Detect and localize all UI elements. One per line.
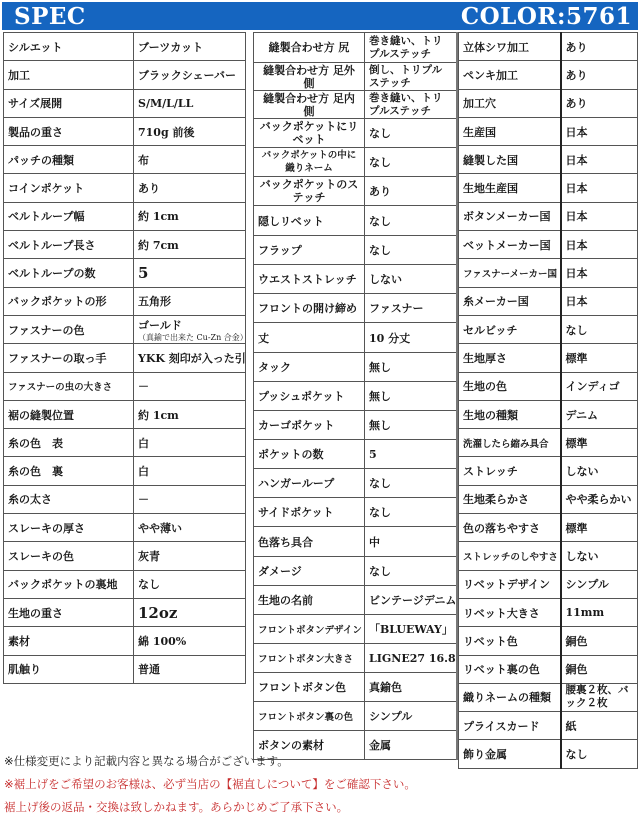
spec-value-text: あり bbox=[138, 182, 160, 195]
spec-value: 日本 bbox=[561, 174, 638, 202]
spec-value-text: なし bbox=[369, 215, 391, 228]
spec-value: あり bbox=[561, 89, 638, 117]
spec-label: ファスナーメーカー国 bbox=[459, 259, 561, 287]
spec-value: なし bbox=[365, 206, 458, 236]
spec-label: 生地厚さ bbox=[459, 344, 561, 372]
table-row: サイズ展開S/M/L/LL bbox=[4, 89, 246, 117]
spec-value: しない bbox=[561, 542, 638, 570]
spec-value: ブーツカット bbox=[134, 33, 246, 61]
table-row: フロントボタンデザイン「BLUEWAY」 刻印 bbox=[254, 615, 458, 644]
spec-label: ダメージ bbox=[254, 557, 365, 586]
spec-value-text: ブーツカット bbox=[138, 41, 203, 54]
spec-label: 生地生産国 bbox=[459, 174, 561, 202]
spec-label: 糸メーカー国 bbox=[459, 287, 561, 315]
spec-value-text: あり bbox=[566, 41, 588, 54]
spec-label: 生地の名前 bbox=[254, 586, 365, 615]
spec-value-text: 約 7cm bbox=[138, 239, 179, 252]
table-row: ダメージなし bbox=[254, 557, 458, 586]
spec-label: ファスナーの虫の大きさ bbox=[4, 372, 134, 400]
spec-label: タック bbox=[254, 353, 365, 382]
spec-value-text: シンプル bbox=[566, 578, 609, 591]
table-row: ファスナーの色ゴールド（真鍮で出来た Cu-Zn 合金） bbox=[4, 315, 246, 343]
spec-label: リベット裏の色 bbox=[459, 655, 561, 683]
spec-header: SPEC COLOR:5761 bbox=[2, 2, 638, 30]
spec-value: 標準 bbox=[561, 344, 638, 372]
spec-value-text: 710g 前後 bbox=[138, 126, 194, 139]
spec-value-text: 倒し、トリプルステッチ bbox=[369, 64, 442, 89]
spec-label: カーゴポケット bbox=[254, 411, 365, 440]
spec-label: 丈 bbox=[254, 323, 365, 353]
spec-value: 約 1cm bbox=[134, 400, 246, 428]
spec-value-text: YKK 刻印が入った引手 bbox=[138, 352, 246, 365]
spec-label: 色の落ちやすさ bbox=[459, 514, 561, 542]
spec-label: フロントボタン色 bbox=[254, 673, 365, 702]
table-row: スレーキの厚さやや薄い bbox=[4, 514, 246, 542]
spec-label: ハンガーループ bbox=[254, 469, 365, 498]
spec-value-text: LIGNE27 16.8mm bbox=[369, 652, 458, 665]
spec-value: 「BLUEWAY」 刻印 bbox=[365, 615, 458, 644]
table-row: ハンガーループなし bbox=[254, 469, 458, 498]
spec-label: リベット大きさ bbox=[459, 598, 561, 626]
spec-value: ビンテージデニム bbox=[365, 586, 458, 615]
spec-value: S/M/L/LL bbox=[134, 89, 246, 117]
spec-value-text: 10 分丈 bbox=[369, 332, 410, 345]
spec-value-text: 布 bbox=[138, 154, 149, 167]
spec-value-text: なし bbox=[369, 127, 391, 140]
table-row: ファスナーメーカー国日本 bbox=[459, 259, 638, 287]
spec-value: 無し bbox=[365, 411, 458, 440]
table-row: パッチの種類布 bbox=[4, 146, 246, 174]
spec-value-text: 約 1cm bbox=[138, 409, 179, 422]
table-row: 糸メーカー国日本 bbox=[459, 287, 638, 315]
spec-label: 糸の色 表 bbox=[4, 429, 134, 457]
table-row: 裾の縫製位置約 1cm bbox=[4, 400, 246, 428]
spec-label: リベットデザイン bbox=[459, 570, 561, 598]
spec-value: 倒し、トリプルステッチ bbox=[365, 63, 458, 91]
spec-value: しない bbox=[365, 265, 458, 294]
spec-label: 裾の縫製位置 bbox=[4, 400, 134, 428]
spec-value-text: なし bbox=[369, 565, 391, 578]
spec-label: 素材 bbox=[4, 627, 134, 655]
spec-label: フロントボタン大きさ bbox=[254, 644, 365, 673]
spec-value-text: シンプル bbox=[369, 710, 412, 723]
spec-title: SPEC bbox=[14, 3, 86, 30]
spec-value: 腰裏２枚、バック２枚 bbox=[561, 683, 638, 711]
spec-value: あり bbox=[561, 33, 638, 61]
spec-label: ポケットの数 bbox=[254, 440, 365, 469]
spec-value-text: あり bbox=[566, 97, 588, 110]
spec-label: プライスカード bbox=[459, 712, 561, 740]
spec-label: 隠しリベット bbox=[254, 206, 365, 236]
spec-label: バックポケットのステッチ bbox=[254, 177, 365, 206]
spec-label: シルエット bbox=[4, 33, 134, 61]
spec-value: 無し bbox=[365, 353, 458, 382]
table-row: バックポケットの形五角形 bbox=[4, 287, 246, 315]
spec-value: 白 bbox=[134, 429, 246, 457]
spec-value: 5 bbox=[365, 440, 458, 469]
spec-value: 約 7cm bbox=[134, 231, 246, 259]
spec-value-text: ブラックシェーバー bbox=[138, 69, 236, 82]
spec-value-text: やや薄い bbox=[138, 522, 182, 535]
table-row: 糸の色 裏白 bbox=[4, 457, 246, 485]
spec-value: 白 bbox=[134, 457, 246, 485]
spec-value: 日本 bbox=[561, 202, 638, 230]
spec-label: 加工穴 bbox=[459, 89, 561, 117]
spec-value-text: 腰裏２枚、バック２枚 bbox=[566, 684, 629, 709]
table-row: サイドポケットなし bbox=[254, 498, 458, 527]
notes: ※仕様変更により記載内容と異なる場合がございます。 ※裾上げをご希望のお客様は、… bbox=[4, 751, 416, 820]
spec-value-text: インディゴ bbox=[566, 380, 620, 393]
spec-value-text: 灰青 bbox=[138, 550, 160, 563]
table-row: 加工ブラックシェーバー bbox=[4, 61, 246, 89]
spec-value: あり bbox=[561, 61, 638, 89]
table-row: 生地の重さ12oz bbox=[4, 598, 246, 626]
spec-value-text: 「BLUEWAY」 刻印 bbox=[369, 623, 458, 636]
spec-value-text: ゴールド bbox=[138, 319, 182, 332]
spec-value: 日本 bbox=[561, 117, 638, 145]
spec-value-text: あり bbox=[566, 69, 588, 82]
spec-value: なし bbox=[561, 740, 638, 768]
spec-value: 日本 bbox=[561, 287, 638, 315]
spec-value: シンプル bbox=[365, 702, 458, 731]
spec-value-text: 日本 bbox=[566, 126, 588, 139]
table-row: 立体シワ加工あり bbox=[459, 33, 638, 61]
table-row: 洗濯したら縮み具合標準 bbox=[459, 429, 638, 457]
spec-value-text: なし bbox=[369, 244, 391, 257]
spec-value: しない bbox=[561, 457, 638, 485]
spec-value: 無し bbox=[365, 382, 458, 411]
table-row: バックポケットの中に織りネームなし bbox=[254, 148, 458, 177]
spec-value: デニム bbox=[561, 400, 638, 428]
spec-label: ベルトループ幅 bbox=[4, 202, 134, 230]
spec-value-text: － bbox=[138, 493, 149, 506]
spec-label: セルビッチ bbox=[459, 315, 561, 343]
spec-value-text: デニム bbox=[566, 409, 599, 422]
color-code: COLOR:5761 bbox=[461, 3, 632, 30]
spec-value: やや柔らかい bbox=[561, 485, 638, 513]
spec-value: なし bbox=[365, 236, 458, 265]
spec-value-text: しない bbox=[369, 273, 402, 286]
spec-table-left: シルエットブーツカット加工ブラックシェーバーサイズ展開S/M/L/LL製品の重さ… bbox=[3, 32, 246, 684]
spec-value: 巻き縫い、トリプルステッチ bbox=[365, 33, 458, 63]
spec-value: 12oz bbox=[134, 598, 246, 626]
spec-value: 710g 前後 bbox=[134, 117, 246, 145]
table-row: プッシュポケット無し bbox=[254, 382, 458, 411]
spec-value: 標準 bbox=[561, 514, 638, 542]
table-row: プライスカード紙 bbox=[459, 712, 638, 740]
spec-label: 縫製合わせ方 足外側 bbox=[254, 63, 365, 91]
note-hem-alteration: ※裾上げをご希望のお客様は、必ず当店の【裾直しについて】をご確認下さい。 bbox=[4, 774, 416, 797]
spec-label: 糸の太さ bbox=[4, 485, 134, 513]
spec-value-text: 日本 bbox=[566, 239, 588, 252]
spec-value: あり bbox=[365, 177, 458, 206]
table-row: フロントの開け締めファスナー bbox=[254, 294, 458, 323]
spec-value-text: 日本 bbox=[566, 154, 588, 167]
spec-value-text: － bbox=[138, 380, 149, 393]
table-row: ベルトループ幅約 1cm bbox=[4, 202, 246, 230]
table-row: 肌触り普通 bbox=[4, 655, 246, 683]
spec-label: パッチの種類 bbox=[4, 146, 134, 174]
table-row: 加工穴あり bbox=[459, 89, 638, 117]
table-row: セルビッチなし bbox=[459, 315, 638, 343]
spec-value: 紙 bbox=[561, 712, 638, 740]
spec-value: ゴールド（真鍮で出来た Cu-Zn 合金） bbox=[134, 315, 246, 343]
table-row: 生地の名前ビンテージデニム bbox=[254, 586, 458, 615]
spec-label: バックポケットの裏地 bbox=[4, 570, 134, 598]
spec-value-text: 標準 bbox=[566, 437, 588, 450]
spec-label: 生地の重さ bbox=[4, 598, 134, 626]
spec-value: 日本 bbox=[561, 259, 638, 287]
spec-value: ブラックシェーバー bbox=[134, 61, 246, 89]
spec-label: 生産国 bbox=[459, 117, 561, 145]
spec-value: 普通 bbox=[134, 655, 246, 683]
spec-value: 11mm bbox=[561, 598, 638, 626]
spec-value-text: 5 bbox=[369, 448, 377, 461]
spec-value-text: 普通 bbox=[138, 663, 160, 676]
spec-label: 織りネームの種類 bbox=[459, 683, 561, 711]
spec-label: サイズ展開 bbox=[4, 89, 134, 117]
table-row: フロントボタン裏の色シンプル bbox=[254, 702, 458, 731]
spec-value-text: なし bbox=[369, 506, 391, 519]
table-row: 糸の色 表白 bbox=[4, 429, 246, 457]
table-row: バックポケットのステッチあり bbox=[254, 177, 458, 206]
table-row: 生地生産国日本 bbox=[459, 174, 638, 202]
spec-value-text: 標準 bbox=[566, 522, 588, 535]
table-row: コインポケットあり bbox=[4, 174, 246, 202]
table-row: 縫製した国日本 bbox=[459, 146, 638, 174]
spec-value: 真鍮色 bbox=[365, 673, 458, 702]
spec-value-text: ビンテージデニム bbox=[369, 594, 456, 607]
spec-label: 洗濯したら縮み具合 bbox=[459, 429, 561, 457]
spec-label: ストレッチ bbox=[459, 457, 561, 485]
table-row: ベットメーカー国日本 bbox=[459, 231, 638, 259]
spec-value-text: 真鍮色 bbox=[369, 681, 402, 694]
table-row: カーゴポケット無し bbox=[254, 411, 458, 440]
spec-label: ファスナーの取っ手 bbox=[4, 344, 134, 372]
spec-value: あり bbox=[134, 174, 246, 202]
spec-label: スレーキの厚さ bbox=[4, 514, 134, 542]
table-row: ベルトループ長さ約 7cm bbox=[4, 231, 246, 259]
spec-value: なし bbox=[134, 570, 246, 598]
spec-label: 飾り金属 bbox=[459, 740, 561, 768]
spec-value: 中 bbox=[365, 527, 458, 557]
spec-value: 布 bbox=[134, 146, 246, 174]
table-row: リベット色銅色 bbox=[459, 627, 638, 655]
table-row: 素材綿 100% bbox=[4, 627, 246, 655]
spec-value: LIGNE27 16.8mm bbox=[365, 644, 458, 673]
spec-label: 糸の色 裏 bbox=[4, 457, 134, 485]
spec-value-text: 銅色 bbox=[566, 663, 588, 676]
spec-value-text: ファスナー bbox=[369, 302, 424, 315]
note-no-returns: 裾上げ後の返品・交換は致しかねます。あらかじめご了承下さい。 bbox=[4, 797, 416, 820]
spec-value-text: 標準 bbox=[566, 352, 588, 365]
spec-label: フロントボタン裏の色 bbox=[254, 702, 365, 731]
table-row: 生地柔らかさやや柔らかい bbox=[459, 485, 638, 513]
spec-value-text: やや柔らかい bbox=[566, 493, 632, 506]
spec-value-text: しない bbox=[566, 465, 599, 478]
spec-value-text: 綿 100% bbox=[138, 635, 186, 648]
spec-value-text: 白 bbox=[138, 465, 149, 478]
spec-value-text: しない bbox=[566, 550, 599, 563]
table-row: 色の落ちやすさ標準 bbox=[459, 514, 638, 542]
table-row: 生地の種類デニム bbox=[459, 400, 638, 428]
table-row: ストレッチしない bbox=[459, 457, 638, 485]
spec-label: ベルトループ長さ bbox=[4, 231, 134, 259]
table-row: 生地厚さ標準 bbox=[459, 344, 638, 372]
spec-label: ボタンメーカー国 bbox=[459, 202, 561, 230]
spec-value-text: 白 bbox=[138, 437, 149, 450]
spec-value-text: 12oz bbox=[138, 604, 177, 622]
spec-value: なし bbox=[365, 469, 458, 498]
spec-value-text: 無し bbox=[369, 390, 391, 403]
spec-value-text: 紙 bbox=[566, 720, 577, 733]
spec-label: フロントの開け締め bbox=[254, 294, 365, 323]
table-row: リベット裏の色銅色 bbox=[459, 655, 638, 683]
spec-label: スレーキの色 bbox=[4, 542, 134, 570]
spec-label: バックポケットの中に織りネーム bbox=[254, 148, 365, 177]
spec-value: 日本 bbox=[561, 231, 638, 259]
spec-value: 巻き縫い、トリプルステッチ bbox=[365, 91, 458, 119]
spec-value: インディゴ bbox=[561, 372, 638, 400]
spec-value-text: 無し bbox=[369, 419, 391, 432]
table-row: フロントボタン大きさLIGNE27 16.8mm bbox=[254, 644, 458, 673]
table-row: リベットデザインシンプル bbox=[459, 570, 638, 598]
spec-label: 生地柔らかさ bbox=[459, 485, 561, 513]
table-row: 製品の重さ710g 前後 bbox=[4, 117, 246, 145]
table-row: ウエストストレッチしない bbox=[254, 265, 458, 294]
spec-value-text: S/M/L/LL bbox=[138, 97, 193, 110]
spec-label: フラップ bbox=[254, 236, 365, 265]
spec-label: ウエストストレッチ bbox=[254, 265, 365, 294]
spec-value-text: 日本 bbox=[566, 295, 588, 308]
spec-value-text: 5 bbox=[138, 264, 148, 282]
table-row: ファスナーの虫の大きさ－ bbox=[4, 372, 246, 400]
spec-value: なし bbox=[365, 557, 458, 586]
table-row: 飾り金属なし bbox=[459, 740, 638, 768]
spec-value-text: なし bbox=[369, 156, 391, 169]
spec-value: 日本 bbox=[561, 146, 638, 174]
spec-label: フロントボタンデザイン bbox=[254, 615, 365, 644]
spec-value: なし bbox=[365, 119, 458, 148]
spec-value: やや薄い bbox=[134, 514, 246, 542]
spec-value: － bbox=[134, 372, 246, 400]
spec-value-text: 11mm bbox=[566, 606, 605, 619]
table-row: リベット大きさ11mm bbox=[459, 598, 638, 626]
spec-value: 灰青 bbox=[134, 542, 246, 570]
spec-value: 5 bbox=[134, 259, 246, 287]
spec-label: サイドポケット bbox=[254, 498, 365, 527]
spec-value-text: あり bbox=[369, 185, 391, 198]
spec-value-subtext: （真鍮で出来た Cu-Zn 合金） bbox=[138, 333, 241, 343]
table-row: ペンキ加工あり bbox=[459, 61, 638, 89]
table-row: 縫製合わせ方 尻巻き縫い、トリプルステッチ bbox=[254, 33, 458, 63]
table-row: 生産国日本 bbox=[459, 117, 638, 145]
spec-value-text: 日本 bbox=[566, 267, 588, 280]
spec-label: 肌触り bbox=[4, 655, 134, 683]
spec-value: 標準 bbox=[561, 429, 638, 457]
spec-value-text: なし bbox=[566, 324, 588, 337]
spec-value-text: 約 1cm bbox=[138, 210, 179, 223]
spec-label: 生地の色 bbox=[459, 372, 561, 400]
spec-value: YKK 刻印が入った引手 bbox=[134, 344, 246, 372]
table-row: 隠しリベットなし bbox=[254, 206, 458, 236]
table-row: ファスナーの取っ手YKK 刻印が入った引手 bbox=[4, 344, 246, 372]
spec-value: 銅色 bbox=[561, 627, 638, 655]
spec-label: リベット色 bbox=[459, 627, 561, 655]
table-row: タック無し bbox=[254, 353, 458, 382]
table-row: 丈10 分丈 bbox=[254, 323, 458, 353]
spec-value: 銅色 bbox=[561, 655, 638, 683]
spec-value-text: 銅色 bbox=[566, 635, 588, 648]
spec-table-right: 立体シワ加工ありペンキ加工あり加工穴あり生産国日本縫製した国日本生地生産国日本ボ… bbox=[458, 32, 638, 769]
note-spec-change: ※仕様変更により記載内容と異なる場合がございます。 bbox=[4, 751, 416, 774]
spec-label: プッシュポケット bbox=[254, 382, 365, 411]
spec-value: ファスナー bbox=[365, 294, 458, 323]
spec-table-middle: 縫製合わせ方 尻巻き縫い、トリプルステッチ縫製合わせ方 足外側倒し、トリプルステ… bbox=[253, 32, 459, 760]
spec-label: ファスナーの色 bbox=[4, 315, 134, 343]
spec-label: コインポケット bbox=[4, 174, 134, 202]
spec-value-text: なし bbox=[138, 578, 160, 591]
table-row: バックポケットの裏地なし bbox=[4, 570, 246, 598]
table-row: ポケットの数5 bbox=[254, 440, 458, 469]
table-row: シルエットブーツカット bbox=[4, 33, 246, 61]
spec-value-text: なし bbox=[369, 477, 391, 490]
spec-value: シンプル bbox=[561, 570, 638, 598]
spec-value-text: 無し bbox=[369, 361, 391, 374]
spec-label: ストレッチのしやすさ bbox=[459, 542, 561, 570]
spec-label: 縫製した国 bbox=[459, 146, 561, 174]
spec-value-text: 中 bbox=[369, 536, 380, 549]
spec-label: 色落ち具合 bbox=[254, 527, 365, 557]
spec-label: バックポケットの形 bbox=[4, 287, 134, 315]
spec-value: 綿 100% bbox=[134, 627, 246, 655]
spec-label: ベットメーカー国 bbox=[459, 231, 561, 259]
table-row: フロントボタン色真鍮色 bbox=[254, 673, 458, 702]
spec-label: 生地の種類 bbox=[459, 400, 561, 428]
spec-value: なし bbox=[365, 498, 458, 527]
spec-label: 製品の重さ bbox=[4, 117, 134, 145]
spec-label: 縫製合わせ方 尻 bbox=[254, 33, 365, 63]
spec-value-text: 日本 bbox=[566, 182, 588, 195]
spec-value-text: 巻き縫い、トリプルステッチ bbox=[369, 92, 443, 117]
table-row: ボタンメーカー国日本 bbox=[459, 202, 638, 230]
table-row: 縫製合わせ方 足外側倒し、トリプルステッチ bbox=[254, 63, 458, 91]
table-row: フラップなし bbox=[254, 236, 458, 265]
spec-value-text: 日本 bbox=[566, 210, 588, 223]
spec-value: 約 1cm bbox=[134, 202, 246, 230]
table-row: 縫製合わせ方 足内側巻き縫い、トリプルステッチ bbox=[254, 91, 458, 119]
table-row: 色落ち具合中 bbox=[254, 527, 458, 557]
table-row: 織りネームの種類腰裏２枚、バック２枚 bbox=[459, 683, 638, 711]
spec-value: 五角形 bbox=[134, 287, 246, 315]
spec-value-text: 五角形 bbox=[138, 295, 171, 308]
table-row: スレーキの色灰青 bbox=[4, 542, 246, 570]
spec-label: バックポケットにリベット bbox=[254, 119, 365, 148]
table-row: 糸の太さ－ bbox=[4, 485, 246, 513]
spec-value: なし bbox=[561, 315, 638, 343]
spec-label: 立体シワ加工 bbox=[459, 33, 561, 61]
spec-value: 10 分丈 bbox=[365, 323, 458, 353]
table-row: ベルトループの数5 bbox=[4, 259, 246, 287]
spec-value: なし bbox=[365, 148, 458, 177]
table-row: ストレッチのしやすさしない bbox=[459, 542, 638, 570]
spec-value: － bbox=[134, 485, 246, 513]
table-row: バックポケットにリベットなし bbox=[254, 119, 458, 148]
spec-label: 加工 bbox=[4, 61, 134, 89]
table-row: 生地の色インディゴ bbox=[459, 372, 638, 400]
spec-value-text: 巻き縫い、トリプルステッチ bbox=[369, 35, 443, 60]
spec-label: 縫製合わせ方 足内側 bbox=[254, 91, 365, 119]
